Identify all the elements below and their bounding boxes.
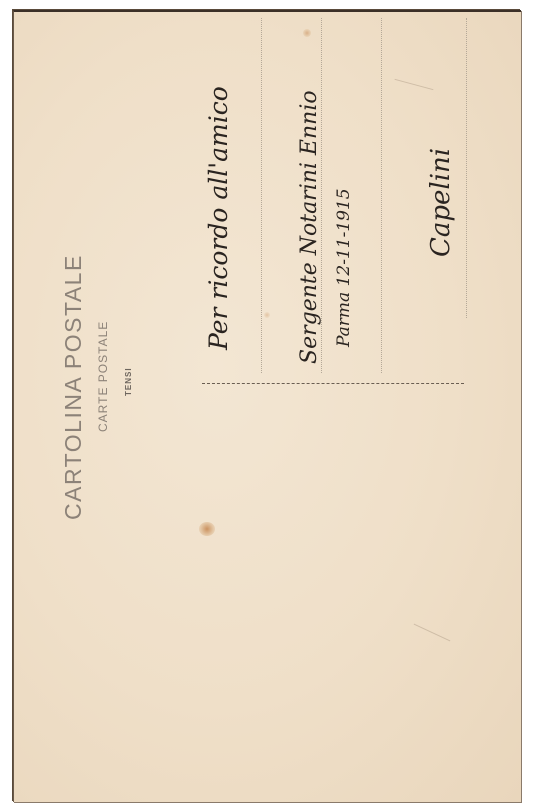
- printed-publisher: TENSI: [124, 367, 133, 396]
- divider-line: [202, 383, 464, 384]
- crease-mark: [414, 624, 451, 642]
- crease-mark: [395, 79, 434, 90]
- printed-subtitle: CARTE POSTALE: [96, 321, 110, 432]
- address-guide-line: [261, 18, 262, 373]
- signature: Capelini: [426, 148, 456, 257]
- handwritten-line-3: Parma 12-11-1915: [334, 188, 354, 347]
- handwritten-line-1: Per ricordo all'amico: [204, 86, 233, 350]
- address-guide-line: [381, 18, 382, 373]
- postcard-back: CARTOLINA POSTALE CARTE POSTALE TENSI Pe…: [13, 10, 521, 802]
- foxing-stain: [264, 312, 270, 318]
- address-guide-line: [466, 18, 467, 318]
- handwritten-line-2: Sergente Notarini Ennio: [297, 90, 322, 364]
- printed-title: CARTOLINA POSTALE: [60, 254, 87, 520]
- foxing-stain: [303, 29, 311, 37]
- foxing-stain: [199, 522, 215, 536]
